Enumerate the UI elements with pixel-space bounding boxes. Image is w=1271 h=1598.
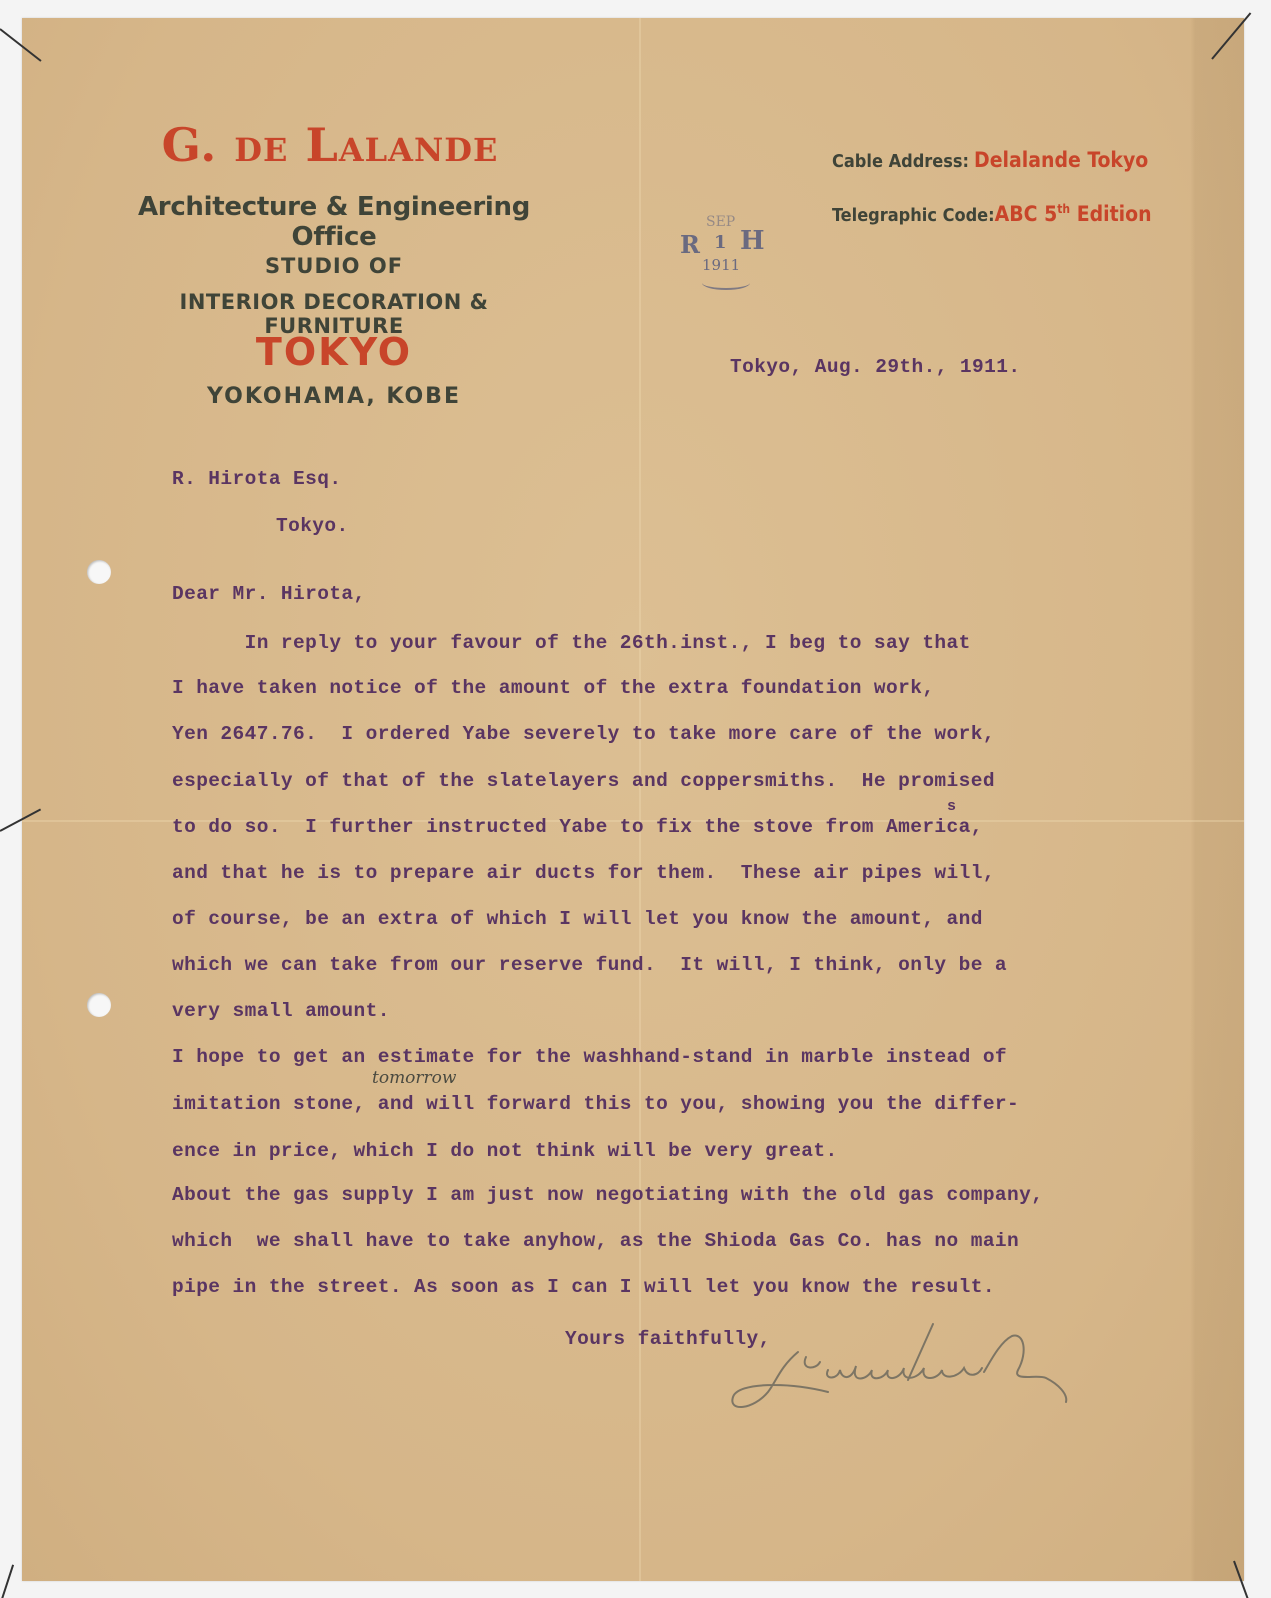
telegraphic-code: Telegraphic Code:ABC 5th Edition [832, 202, 1152, 226]
body-line: I hope to get an estimate for the washha… [172, 1046, 1007, 1068]
recipient-city: Tokyo. [276, 515, 349, 537]
pin-bottom-left-icon [1, 1564, 14, 1598]
body-line: and that he is to prepare air ducts for … [172, 862, 995, 884]
handwritten-insertion: tomorrow [372, 1068, 456, 1088]
signature-icon [728, 1322, 1098, 1422]
stamp-right-initial: H [740, 226, 765, 256]
stamp-left-initial: R [680, 230, 700, 259]
stamp-year: 1911 [702, 256, 740, 274]
studio-line-1: STUDIO OF [108, 254, 560, 278]
cable-address-value: Delalande Tokyo [974, 148, 1148, 172]
cable-address-label: Cable Address: [832, 151, 969, 172]
stamp-month: SEP [706, 214, 735, 230]
branch-cities: YOKOHAMA, KOBE [108, 384, 560, 409]
head-office-city: TOKYO [108, 330, 560, 374]
body-line: very small amount. [172, 1000, 390, 1022]
recipient-name: R. Hirota Esq. [172, 468, 341, 490]
body-line: imitation stone, and will forward this t… [172, 1093, 1019, 1115]
office-type: Architecture & Engineering Office [108, 192, 560, 252]
code-suffix: Edition [1070, 202, 1151, 226]
punch-hole-bottom [87, 993, 111, 1017]
stamp-arc [702, 276, 750, 290]
code-superscript: th [1057, 202, 1070, 216]
body-line: which we can take from our reserve fund.… [172, 954, 1007, 976]
code-prefix: ABC 5 [995, 202, 1058, 226]
salutation: Dear Mr. Hirota, [172, 583, 366, 605]
body-line: Yen 2647.76. I ordered Yabe severely to … [172, 723, 995, 745]
body-line: pipe in the street. As soon as I can I w… [172, 1276, 995, 1298]
received-date-stamp: SEP R 1 H 1911 [676, 214, 768, 294]
body-line: which we shall have to take anyhow, as t… [172, 1230, 1019, 1252]
letter-date: Tokyo, Aug. 29th., 1911. [730, 356, 1020, 378]
stamp-day: 1 [714, 232, 727, 253]
telegraphic-code-value: ABC 5th Edition [995, 202, 1152, 226]
punch-hole-top [87, 560, 111, 584]
body-line: About the gas supply I am just now negot… [172, 1184, 1043, 1206]
company-name: G. de Lalande [145, 118, 515, 172]
body-line: I have taken notice of the amount of the… [172, 677, 934, 699]
body-line: In reply to your favour of the 26th.inst… [172, 632, 971, 654]
typed-plural-insertion: s [947, 798, 956, 815]
body-line: of course, be an extra of which I will l… [172, 908, 983, 930]
handwritten-signature [728, 1322, 1098, 1422]
body-line: to do so. I further instructed Yabe to f… [172, 816, 983, 838]
telegraphic-code-label: Telegraphic Code: [832, 205, 995, 226]
body-line: especially of that of the slatelayers an… [172, 770, 995, 792]
body-line: ence in price, which I do not think will… [172, 1140, 838, 1162]
cable-address: Cable Address: Delalande Tokyo [832, 148, 1148, 172]
